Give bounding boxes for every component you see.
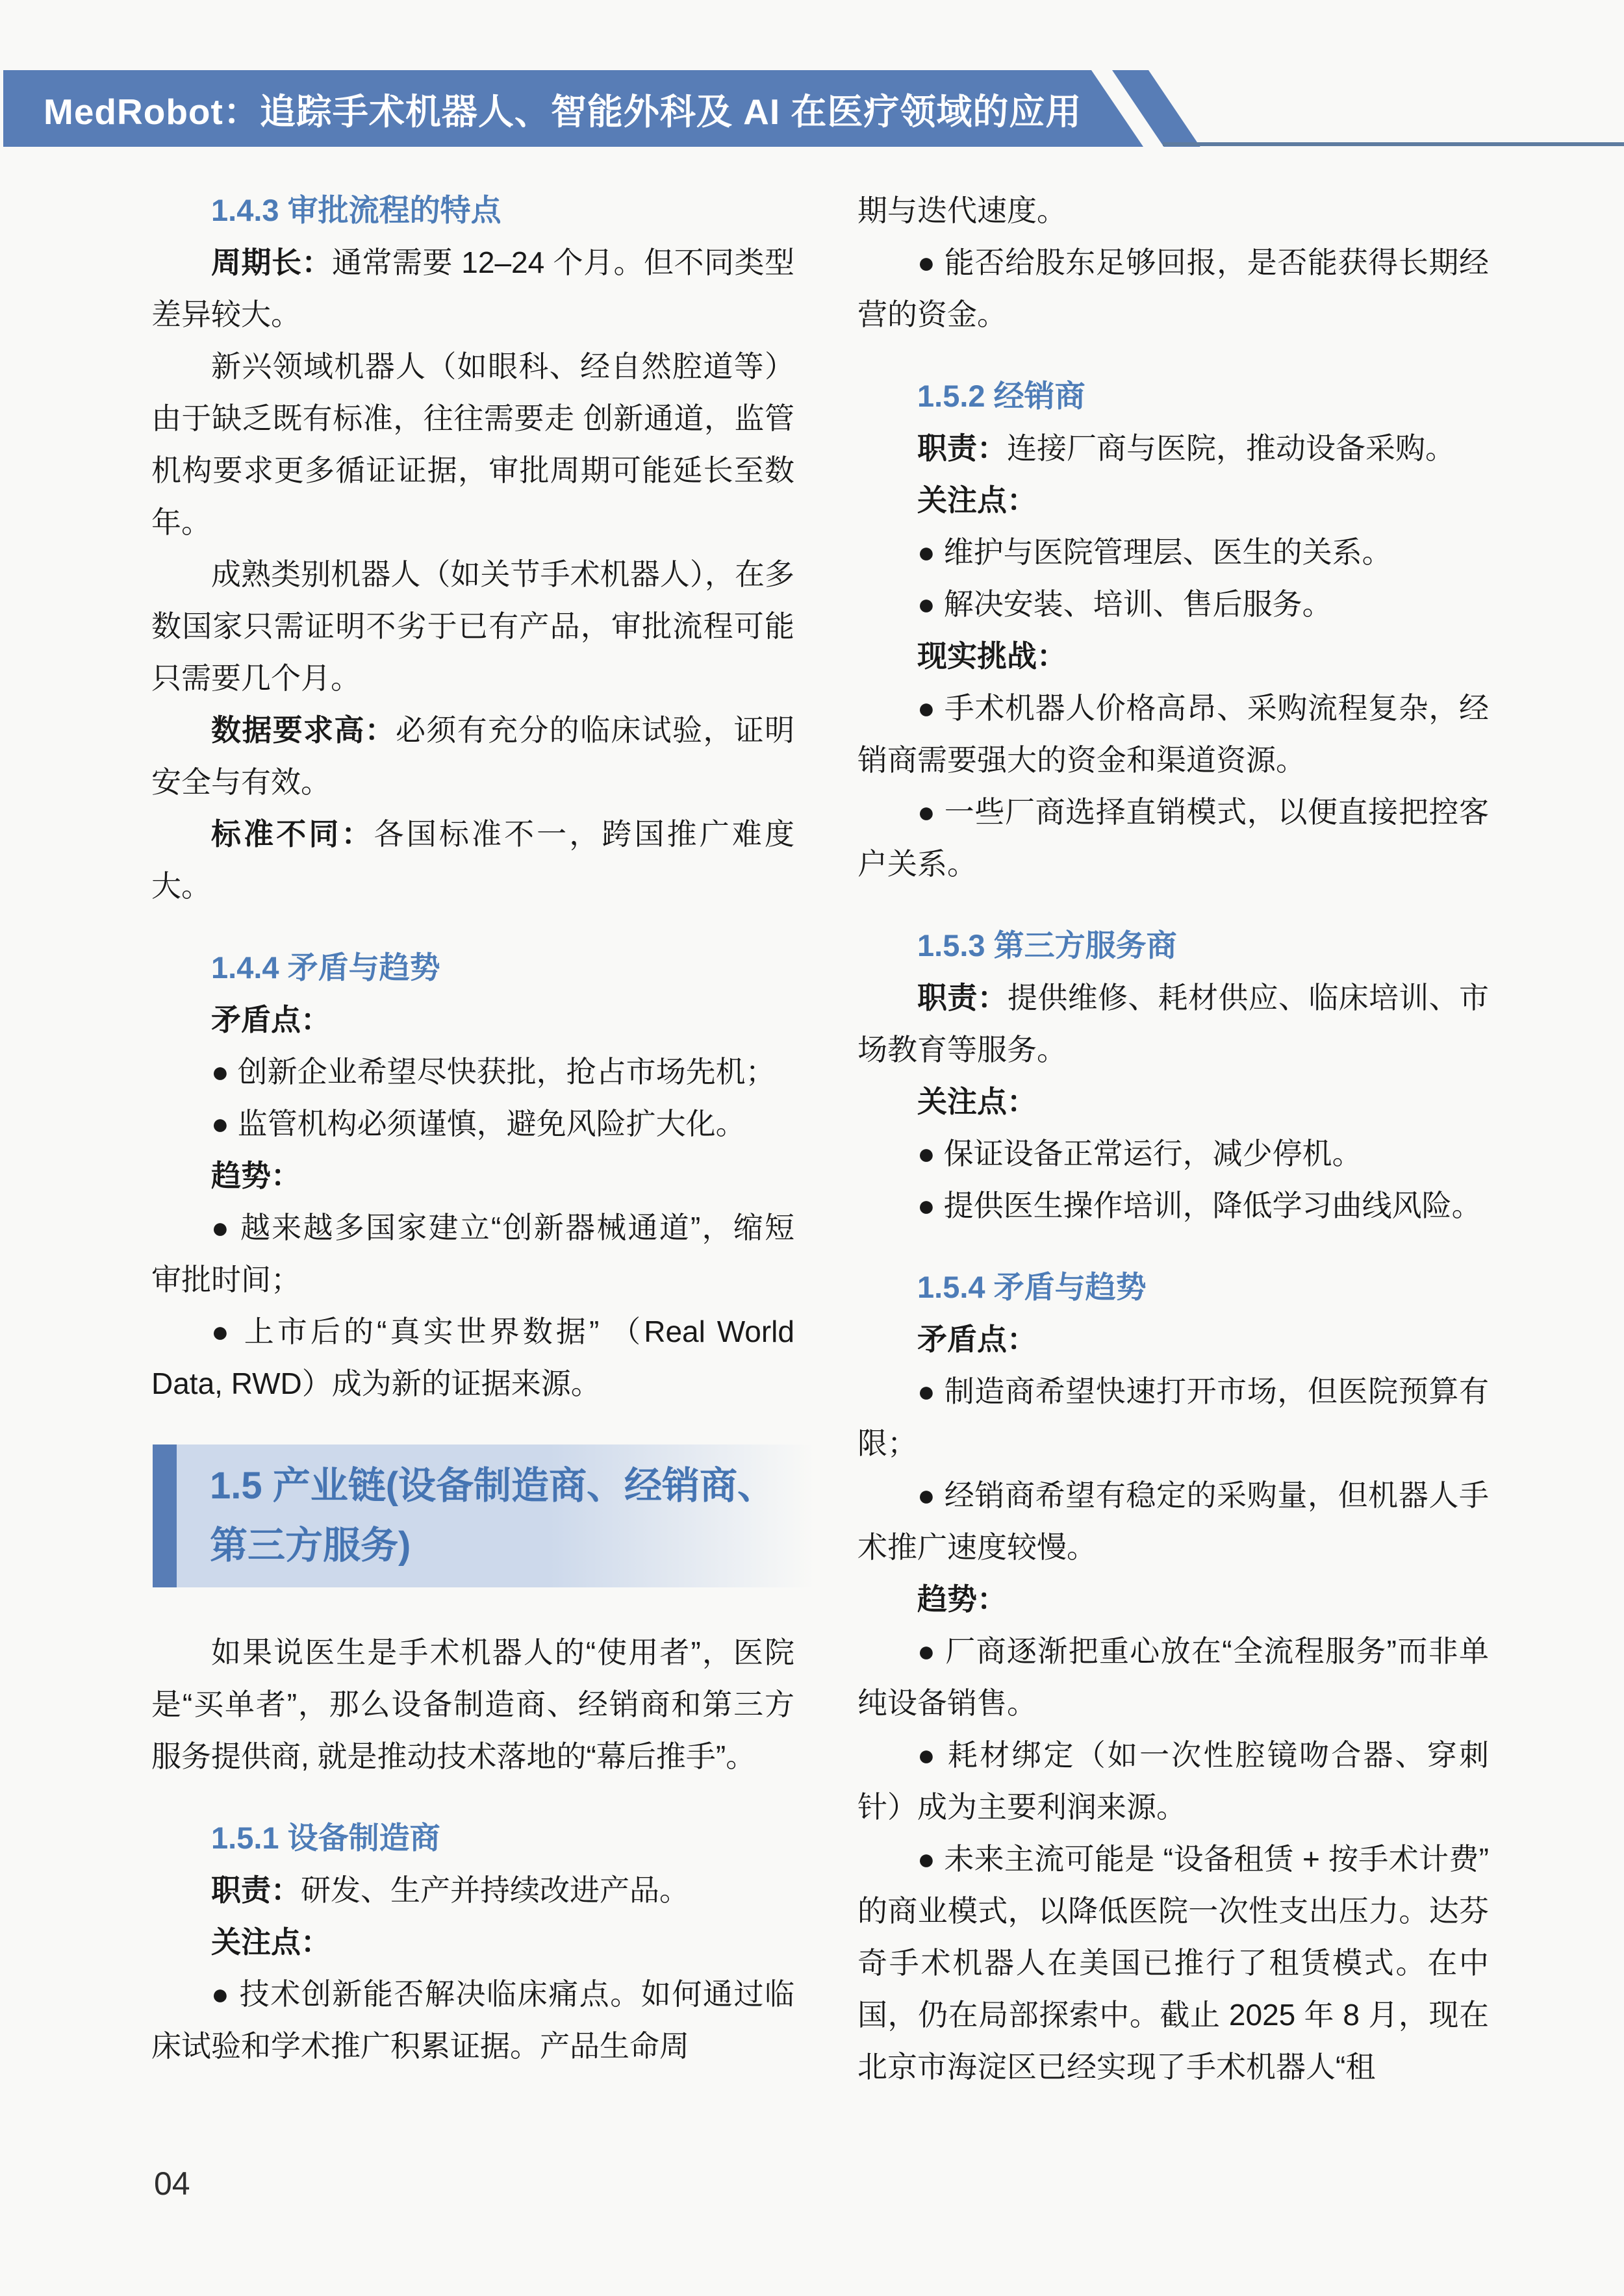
paragraph: 成熟类别机器人（如关节手术机器人），在多数国家只需证明不劣于已有产品，审批流程可… [151,548,794,704]
paragraph: 周期长：通常需要 12–24 个月。但不同类型差异较大。 [151,236,794,340]
section-heading-box: 1.5 产业链(设备制造商、经销商、第三方服务) [153,1444,814,1587]
section-subheading: 1.5.4 矛盾与趋势 [857,1261,1489,1313]
paragraph: 如果说医生是手术机器人的“使用者”，医院是“买单者”，那么设备制造商、经销商和第… [151,1626,794,1782]
paragraph: 期与迭代速度。 [857,184,1489,236]
right-text-column: 期与迭代速度。● 能否给股东足够回报，是否能获得长期经营的资金。1.5.2 经销… [857,184,1489,2093]
bullet-paragraph: ● 创新企业希望尽快获批，抢占市场先机； [151,1046,794,1098]
section-subheading: 1.5.3 第三方服务商 [857,920,1489,972]
bullet-paragraph: ● 技术创新能否解决临床痛点。如何通过临床试验和学术推广积累证据。产品生命周 [151,1968,794,2072]
bullet-paragraph: ● 手术机器人价格高昂、采购流程复杂，经销商需要强大的资金和渠道资源。 [857,682,1489,786]
bullet-paragraph: ● 提供医生操作培训，降低学习曲线风险。 [857,1180,1489,1231]
bold-label: 关注点： [151,1916,794,1968]
left-text-column: 1.4.3 审批流程的特点周期长：通常需要 12–24 个月。但不同类型差异较大… [151,184,794,2072]
run-in-label: 职责： [917,981,1008,1015]
bold-label: 矛盾点： [151,994,794,1046]
section-subheading: 1.5.1 设备制造商 [151,1812,794,1864]
paragraph: 新兴领域机器人（如眼科、经自然腔道等）由于缺乏既有标准，往往需要走 创新通道，监… [151,340,794,548]
run-in-label: 职责： [917,431,1007,465]
section-subheading: 1.4.4 矛盾与趋势 [151,942,794,994]
section-subheading: 1.5.2 经销商 [857,370,1489,422]
paragraph-text: 连接厂商与医院，推动设备采购。 [1007,431,1455,465]
bold-label: 关注点： [857,474,1489,526]
bullet-paragraph: ● 厂商逐渐把重心放在“全流程服务”而非单纯设备销售。 [857,1625,1489,1729]
bold-label: 矛盾点： [857,1313,1489,1365]
bold-label: 趋势： [857,1573,1489,1625]
bold-label: 趋势： [151,1150,794,1202]
bullet-paragraph: ● 能否给股东足够回报，是否能获得长期经营的资金。 [857,236,1489,340]
bold-label: 关注点： [857,1076,1489,1128]
bullet-paragraph: ● 保证设备正常运行，减少停机。 [857,1128,1489,1180]
bullet-paragraph: ● 上市后的“真实世界数据” （Real World Data, RWD）成为新… [151,1306,794,1409]
page-number: 04 [154,2164,190,2203]
bullet-paragraph: ● 未来主流可能是 “设备租赁 + 按手术计费” 的商业模式，以降低医院一次性支… [857,1833,1489,2093]
paragraph: 标准不同：各国标准不一，跨国推广难度大。 [151,808,794,912]
bullet-paragraph: ● 维护与医院管理层、医生的关系。 [857,526,1489,578]
run-in-label: 周期长： [211,246,332,279]
header-rule-line [1163,142,1624,146]
header-banner: MedRobot：追踪手术机器人、智能外科及 AI 在医疗领域的应用 [3,70,1150,147]
paragraph: 职责：连接厂商与医院，推动设备采购。 [857,422,1489,474]
section-subheading: 1.4.3 审批流程的特点 [151,184,794,236]
section-title-line: 1.5 产业链(设备制造商、经销商、 [210,1456,801,1516]
bullet-paragraph: ● 经销商希望有稳定的采购量，但机器人手术推广速度较慢。 [857,1469,1489,1573]
bullet-paragraph: ● 耗材绑定（如一次性腔镜吻合器、穿刺针）成为主要利润来源。 [857,1729,1489,1833]
bullet-paragraph: ● 监管机构必须谨慎，避免风险扩大化。 [151,1098,794,1150]
paragraph-text: 研发、生产并持续改进产品。 [301,1873,689,1907]
run-in-label: 数据要求高： [211,713,396,747]
section-title-line: 第三方服务) [210,1516,801,1576]
paragraph: 数据要求高：必须有充分的临床试验，证明安全与有效。 [151,704,794,808]
bullet-paragraph: ● 越来越多国家建立“创新器械通道”，缩短审批时间； [151,1202,794,1306]
paragraph: 职责：提供维修、耗材供应、临床培训、市场教育等服务。 [857,972,1489,1076]
bullet-paragraph: ● 一些厂商选择直销模式，以便直接把控客户关系。 [857,786,1489,890]
section-title: 1.5 产业链(设备制造商、经销商、第三方服务) [210,1456,801,1576]
bullet-paragraph: ● 制造商希望快速打开市场，但医院预算有限； [857,1365,1489,1469]
page-title: MedRobot：追踪手术机器人、智能外科及 AI 在医疗领域的应用 [3,83,1082,134]
run-in-label: 标准不同： [211,817,374,851]
bullet-paragraph: ● 解决安装、培训、售后服务。 [857,578,1489,630]
bold-label: 现实挑战： [857,630,1489,682]
run-in-label: 职责： [211,1873,301,1907]
paragraph: 职责：研发、生产并持续改进产品。 [151,1864,794,1916]
